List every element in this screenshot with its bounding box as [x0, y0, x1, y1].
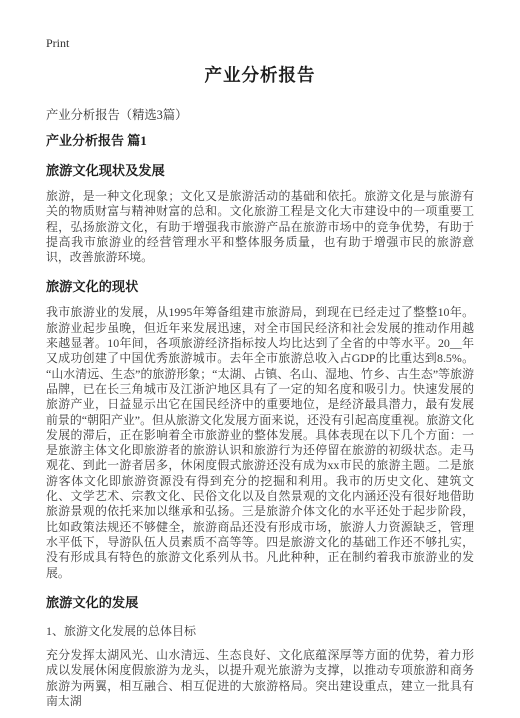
print-button[interactable]: Print	[46, 36, 474, 51]
document-subtitle: 产业分析报告（精选3篇）	[46, 107, 474, 123]
document-page: Print 产业分析报告 产业分析报告（精选3篇） 产业分析报告 篇1 旅游文化…	[0, 0, 520, 718]
document-title: 产业分析报告	[46, 64, 474, 87]
part-1-heading: 产业分析报告 篇1	[46, 133, 474, 149]
paragraph-development-goal: 充分发挥太湖风光、山水清远、生态良好、文化底蕴深厚等方面的优势，着力形成以发展休…	[46, 648, 474, 709]
section-heading-development: 旅游文化的发展	[46, 594, 474, 612]
paragraph-current-status: 我市旅游业的发展，从1995年筹备组建市旅游局，到现在已经走过了整整10年。旅游…	[46, 305, 474, 580]
list-item-overall-goal: 1、旅游文化发展的总体目标	[46, 624, 474, 639]
paragraph-tourism-culture-intro: 旅游，是一种文化现象；文化又是旅游活动的基础和依托。旅游文化是与旅游有关的物质财…	[46, 189, 474, 265]
section-heading-tourism-culture-status-and-development: 旅游文化现状及发展	[46, 162, 474, 180]
section-heading-current-status: 旅游文化的现状	[46, 278, 474, 296]
